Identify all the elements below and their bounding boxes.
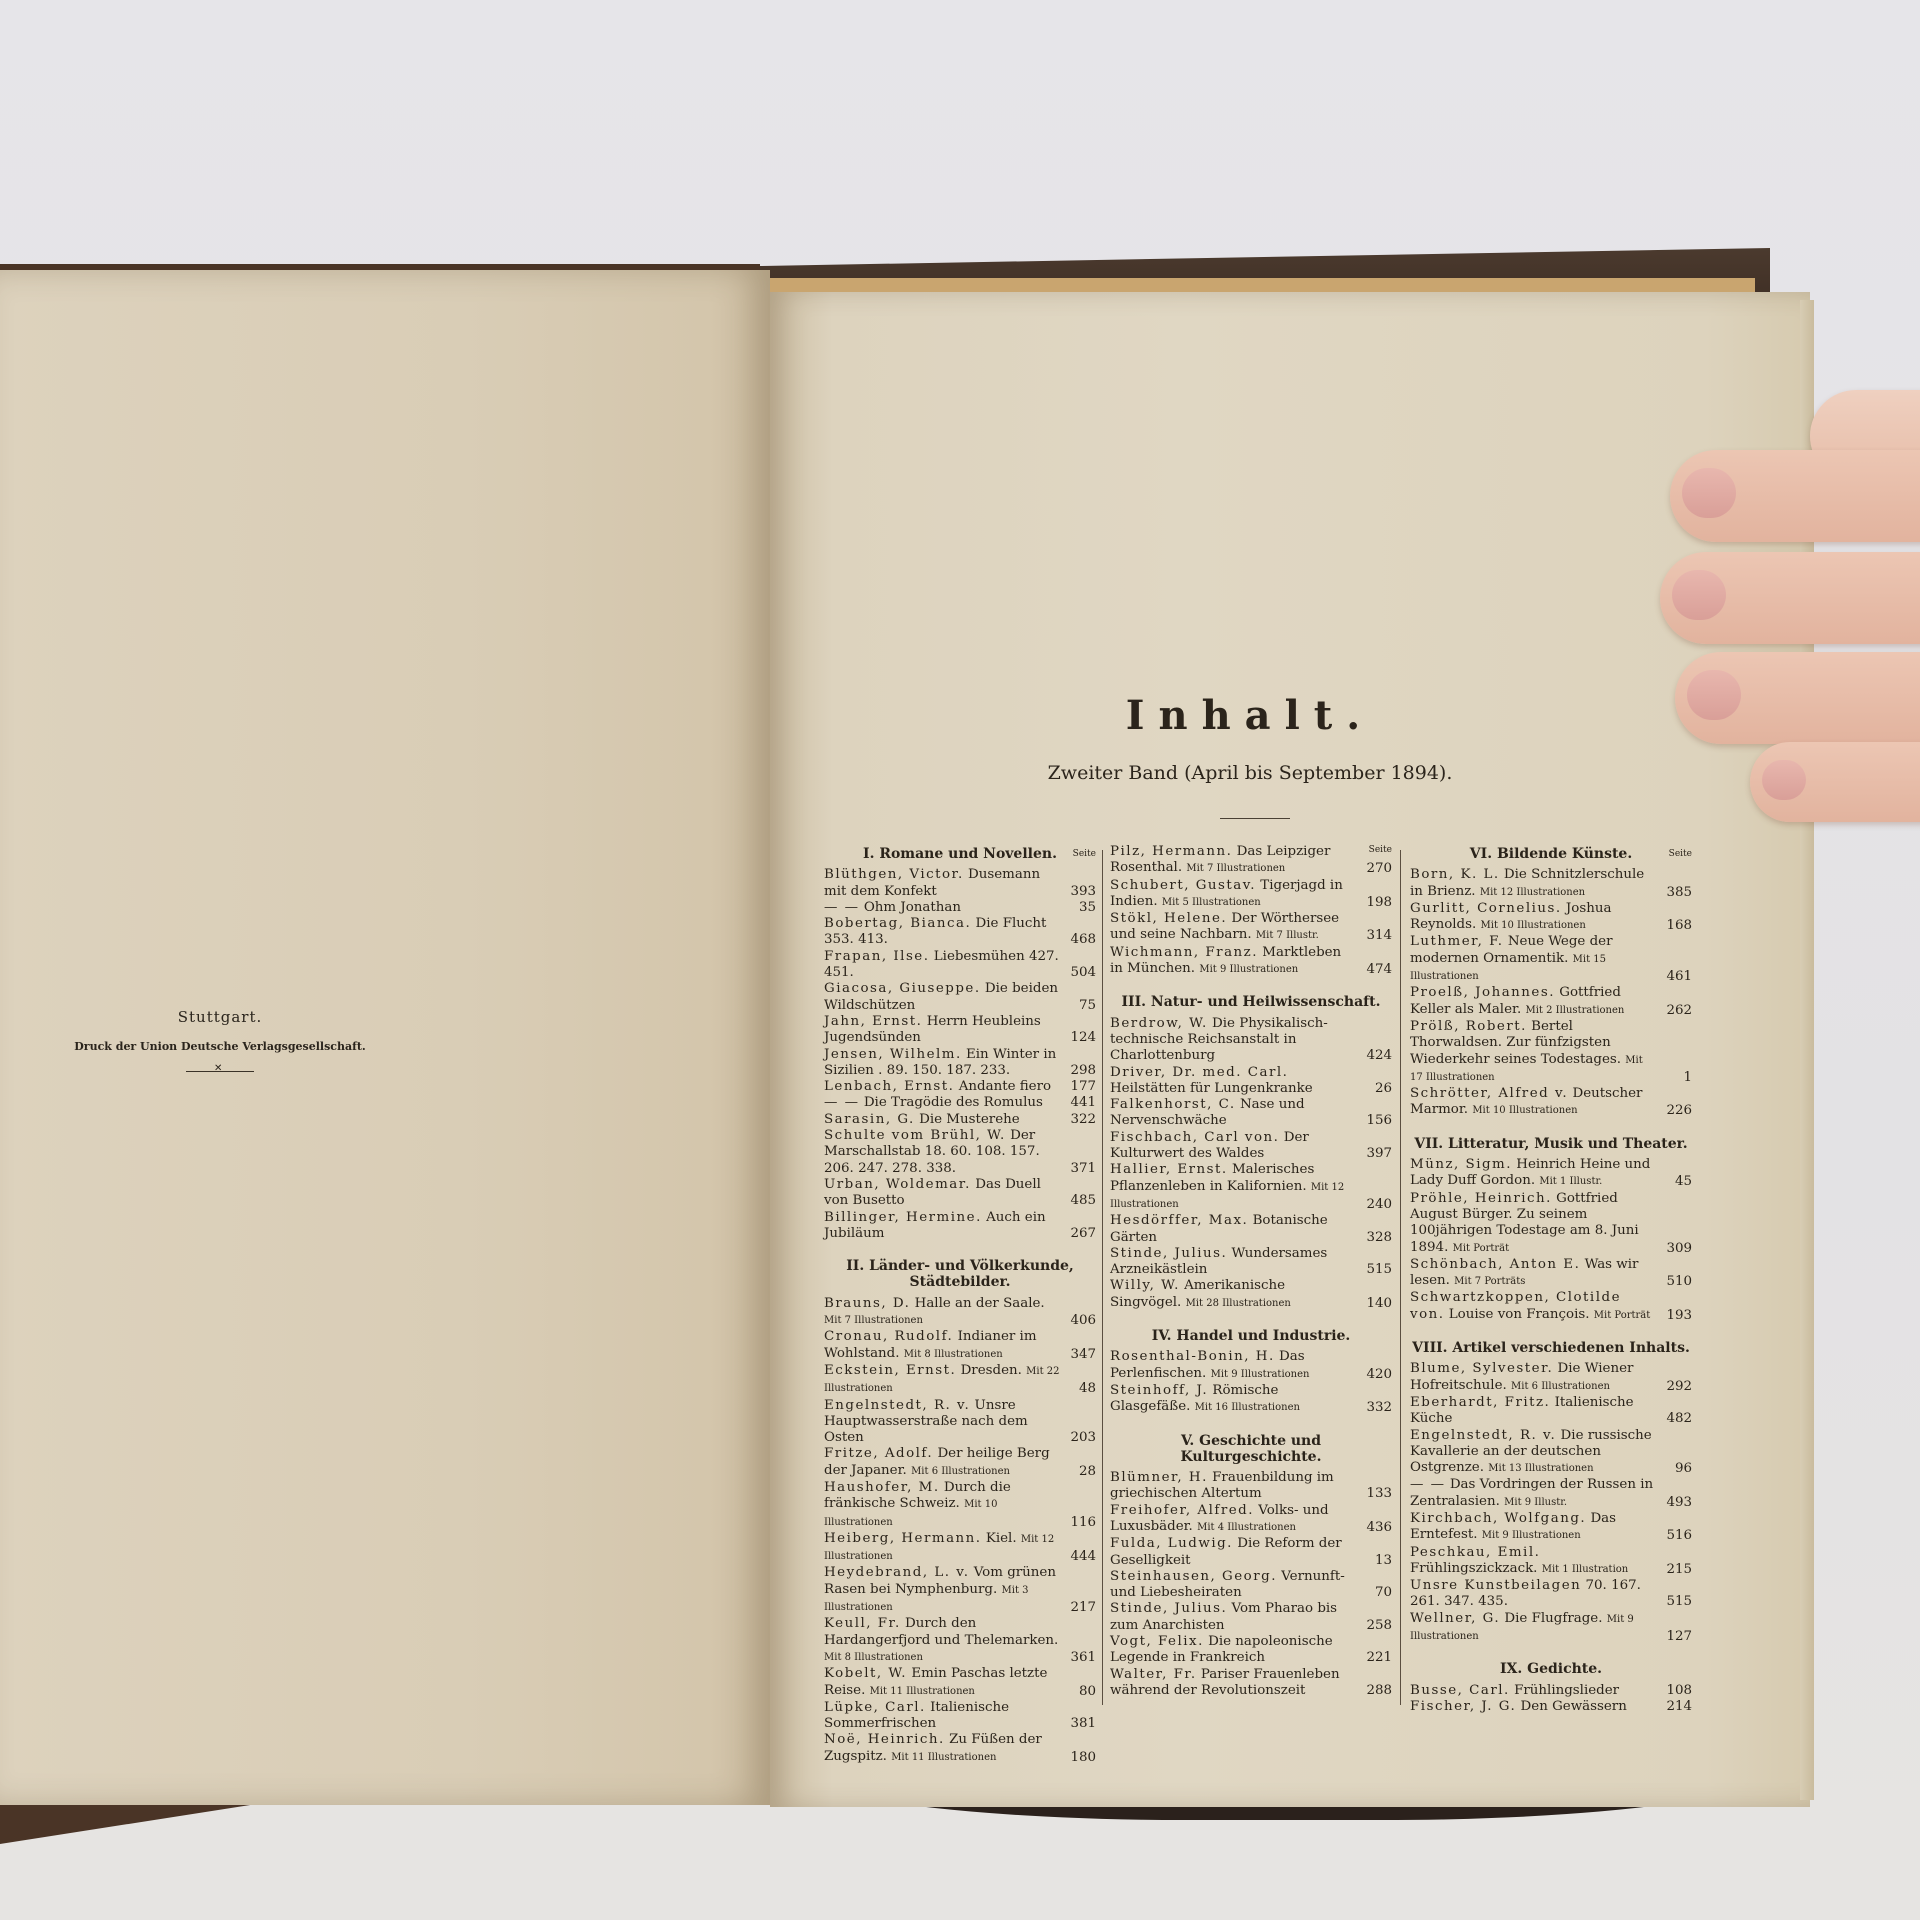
- section-heading: IX. Gedichte.: [1410, 1661, 1692, 1677]
- toc-entry: Stinde, Julius. Vom Pharao bis zum Anarc…: [1110, 1601, 1392, 1634]
- section-heading: VI. Bildende Künste.Seite: [1410, 846, 1692, 862]
- toc-entry: Urban, Woldemar. Das Duell von Busetto48…: [824, 1177, 1096, 1210]
- entry-illustrations: Mit 1 Illustr.: [1539, 1176, 1602, 1187]
- toc-entry: Engelnstedt, R. v. Die russische Kavalle…: [1410, 1428, 1692, 1478]
- entry-page-number: 482: [1666, 1411, 1692, 1427]
- entry-author: Prölß, Robert.: [1410, 1019, 1527, 1034]
- entry-page-number: 504: [1070, 965, 1096, 981]
- toc-entry: Schwartzkoppen, Clotilde von. Louise von…: [1410, 1290, 1692, 1324]
- toc-entry: Fischbach, Carl von. Der Kulturwert des …: [1110, 1130, 1392, 1163]
- entry-page-number: 322: [1070, 1112, 1096, 1128]
- entry-page-number: 298: [1070, 1063, 1096, 1079]
- toc-entry: Hesdörffer, Max. Botanische Gärten328: [1110, 1213, 1392, 1246]
- entry-page-number: 332: [1366, 1400, 1392, 1416]
- toc-entry: Jensen, Wilhelm. Ein Winter in Sizilien …: [824, 1047, 1096, 1080]
- toc-entry: Fulda, Ludwig. Die Reform der Geselligke…: [1110, 1536, 1392, 1569]
- entry-page-number: 35: [1079, 900, 1096, 916]
- entry-author: Jahn, Ernst.: [824, 1014, 922, 1029]
- entry-page-number: 215: [1666, 1562, 1692, 1578]
- entry-author: Steinhoff, J.: [1110, 1383, 1208, 1398]
- entry-page-number: 180: [1070, 1750, 1096, 1766]
- entry-author: Stinde, Julius.: [1110, 1601, 1227, 1616]
- entry-author: Urban, Woldemar.: [824, 1177, 971, 1192]
- section-gap: [1410, 1324, 1692, 1338]
- entry-illustrations: Mit Porträt: [1453, 1243, 1510, 1254]
- toc-entry: Falkenhorst, C. Nase und Nervenschwäche1…: [1110, 1097, 1392, 1130]
- entry-page-number: 214: [1666, 1699, 1692, 1715]
- entry-page-number: 45: [1675, 1174, 1692, 1190]
- entry-author: Schulte vom Brühl, W.: [824, 1128, 1006, 1143]
- entry-author: Fischer, J. G.: [1410, 1699, 1516, 1714]
- section-heading: VII. Litteratur, Musik und Theater.: [1410, 1136, 1692, 1152]
- entry-author: Stinde, Julius.: [1110, 1246, 1227, 1261]
- entry-page-number: 133: [1366, 1486, 1392, 1502]
- entry-author: Sarasin, G.: [824, 1112, 915, 1127]
- entry-title: Frühlingslieder: [1514, 1683, 1619, 1698]
- title-rule: [1220, 818, 1290, 819]
- column-divider: [1102, 850, 1103, 1705]
- toc-entry: Schubert, Gustav. Tigerjagd in Indien. M…: [1110, 878, 1392, 912]
- entry-page-number: 70: [1375, 1585, 1392, 1601]
- finger: [1675, 652, 1920, 744]
- entry-title: Dresden.: [961, 1363, 1022, 1378]
- entry-author: Eberhardt, Fritz.: [1410, 1395, 1550, 1410]
- toc-entry: Keull, Fr. Durch den Hardangerfjord und …: [824, 1616, 1096, 1666]
- entry-author: Blüthgen, Victor.: [824, 867, 964, 882]
- toc-entry: Haushofer, M. Durch die fränkische Schwe…: [824, 1480, 1096, 1531]
- toc-entry: Noë, Heinrich. Zu Füßen der Zugspitz. Mi…: [824, 1732, 1096, 1766]
- toc-entry: Billinger, Hermine. Auch ein Jubiläum267: [824, 1210, 1096, 1243]
- toc-entry: — — Ohm Jonathan35: [824, 900, 1096, 916]
- section-gap: [1410, 1645, 1692, 1659]
- entry-page-number: 441: [1070, 1095, 1096, 1111]
- entry-author: Frapan, Ilse.: [824, 949, 930, 964]
- toc-entry: Sarasin, G. Die Musterehe322: [824, 1112, 1096, 1128]
- entry-page-number: 270: [1366, 861, 1392, 877]
- entry-page-number: 226: [1666, 1103, 1692, 1119]
- entry-page-number: 127: [1666, 1629, 1692, 1645]
- entry-title: Louise von François.: [1449, 1307, 1590, 1322]
- toc-entry: Driver, Dr. med. Carl. Heilstätten für L…: [1110, 1065, 1392, 1098]
- section-gap: [1110, 978, 1392, 992]
- entry-author: Walter, Fr.: [1110, 1667, 1197, 1682]
- imprint-city: Stuttgart.: [70, 1008, 370, 1026]
- entry-author: Stökl, Helene.: [1110, 911, 1227, 926]
- entry-author: Peschkau, Emil.: [1410, 1545, 1540, 1560]
- entry-page-number: 510: [1666, 1274, 1692, 1290]
- entry-page-number: 1: [1683, 1070, 1692, 1086]
- entry-author: Fritze, Adolf.: [824, 1446, 933, 1461]
- entry-author: Busse, Carl.: [1410, 1683, 1510, 1698]
- entry-page-number: 424: [1366, 1048, 1392, 1064]
- entry-illustrations: Mit 11 Illustrationen: [891, 1752, 996, 1763]
- entry-author: Willy, W.: [1110, 1278, 1180, 1293]
- entry-author: Heiberg, Hermann.: [824, 1531, 982, 1546]
- toc-entry: Wellner, G. Die Flugfrage. Mit 9 Illustr…: [1410, 1611, 1692, 1646]
- toc-entry: Frapan, Ilse. Liebesmühen 427. 451.504: [824, 949, 1096, 982]
- toc-entry: Heiberg, Hermann. Kiel. Mit 12 Illustrat…: [824, 1531, 1096, 1566]
- toc-entry: Born, K. L. Die Schnitzlerschule in Brie…: [1410, 867, 1692, 901]
- toc-entry: — — Die Tragödie des Romulus441: [824, 1095, 1096, 1111]
- fingernail: [1672, 570, 1726, 620]
- entry-author: Kobelt, W.: [824, 1666, 907, 1681]
- section-heading: III. Natur- und Heilwissenschaft.: [1110, 994, 1392, 1010]
- entry-page-number: 420: [1366, 1367, 1392, 1383]
- entry-author: Bobertag, Bianca.: [824, 916, 971, 931]
- entry-title: Die Flugfrage.: [1504, 1611, 1602, 1626]
- toc-entry: Blume, Sylvester. Die Wiener Hofreitschu…: [1410, 1361, 1692, 1395]
- entry-page-number: 124: [1070, 1030, 1096, 1046]
- entry-author: Pilz, Hermann.: [1110, 844, 1232, 859]
- entry-page-number: 371: [1070, 1161, 1096, 1177]
- page-title: Inhalt.: [1000, 692, 1500, 739]
- entry-author: Heydebrand, L. v.: [824, 1565, 969, 1580]
- entry-page-number: 292: [1666, 1379, 1692, 1395]
- entry-page-number: 26: [1375, 1081, 1392, 1097]
- entry-page-number: 177: [1070, 1079, 1096, 1095]
- photo-scene: Stuttgart. Druck der Union Deutsche Verl…: [0, 0, 1920, 1920]
- toc-entry: Engelnstedt, R. v. Unsre Hauptwasserstra…: [824, 1398, 1096, 1447]
- entry-author: Fulda, Ludwig.: [1110, 1536, 1233, 1551]
- entry-illustrations: Mit 9 Illustrationen: [1199, 964, 1298, 975]
- entry-author: Pröhle, Heinrich.: [1410, 1191, 1552, 1206]
- toc-entry: Busse, Carl. Frühlingslieder108: [1410, 1683, 1692, 1699]
- entry-author: Wellner, G.: [1410, 1611, 1500, 1626]
- finger: [1660, 552, 1920, 644]
- entry-illustrations: Mit 9 Illustrationen: [1482, 1530, 1581, 1541]
- toc-entry: Blümner, H. Frauenbildung im griechische…: [1110, 1470, 1392, 1503]
- entry-illustrations: Mit 6 Illustrationen: [911, 1466, 1010, 1477]
- finger: [1670, 450, 1920, 542]
- entry-author: Jensen, Wilhelm.: [824, 1047, 962, 1062]
- toc-entry: Münz, Sigm. Heinrich Heine und Lady Duff…: [1410, 1157, 1692, 1191]
- toc-entry: Freihofer, Alfred. Volks- und Luxusbäder…: [1110, 1503, 1392, 1537]
- toc-entry: Rosenthal-Bonin, H. Das Perlenfischen. M…: [1110, 1349, 1392, 1383]
- entry-author: Brauns, D.: [824, 1296, 910, 1311]
- entry-illustrations: Mit 5 Illustrationen: [1162, 897, 1261, 908]
- entry-author: Keull, Fr.: [824, 1616, 901, 1631]
- entry-author: Schönbach, Anton E.: [1410, 1257, 1580, 1272]
- entry-title: Die Musterehe: [919, 1112, 1020, 1127]
- section-heading: VIII. Artikel verschiedenen Inhalts.: [1410, 1340, 1692, 1356]
- toc-entry: Giacosa, Giuseppe. Die beiden Wildschütz…: [824, 981, 1096, 1014]
- entry-page-number: 444: [1070, 1549, 1096, 1565]
- toc-entry: Kobelt, W. Emin Paschas letzte Reise. Mi…: [824, 1666, 1096, 1700]
- entry-author: Luthmer, F.: [1410, 934, 1504, 949]
- entry-illustrations: Mit 13 Illustrationen: [1488, 1463, 1593, 1474]
- toc-entry: Steinhausen, Georg. Vernunft- und Liebes…: [1110, 1569, 1392, 1602]
- entry-author: Born, K. L.: [1410, 867, 1500, 882]
- entry-page-number: 96: [1675, 1461, 1692, 1477]
- entry-page-number: 493: [1666, 1495, 1692, 1511]
- section-gap: [1110, 1417, 1392, 1431]
- entry-author: Vogt, Felix.: [1110, 1634, 1204, 1649]
- entry-page-number: 436: [1366, 1520, 1392, 1536]
- toc-entry: Lüpke, Carl. Italienische Sommerfrischen…: [824, 1700, 1096, 1733]
- entry-illustrations: Mit 10 Illustrationen: [1472, 1105, 1577, 1116]
- section-gap: [824, 1242, 1096, 1256]
- entry-page-number: 193: [1666, 1308, 1692, 1324]
- section-heading: IV. Handel und Industrie.: [1110, 1328, 1392, 1344]
- section-heading: I. Romane und Novellen.Seite: [824, 846, 1096, 862]
- toc-entry: Peschkau, Emil. Frühlingszickzack. Mit 1…: [1410, 1545, 1692, 1579]
- entry-page-number: 516: [1666, 1528, 1692, 1544]
- entry-author: Steinhausen, Georg.: [1110, 1569, 1277, 1584]
- toc-entry: Kirchbach, Wolfgang. Das Erntefest. Mit …: [1410, 1511, 1692, 1545]
- entry-page-number: 461: [1666, 969, 1692, 985]
- entry-page-number: 468: [1070, 932, 1096, 948]
- entry-page-number: 156: [1366, 1113, 1392, 1129]
- toc-entry: Willy, W. Amerikanische Singvögel. Mit 2…: [1110, 1278, 1392, 1312]
- toc-entry: Lenbach, Ernst. Andante fiero177: [824, 1079, 1096, 1095]
- entry-author: Münz, Sigm.: [1410, 1157, 1512, 1172]
- entry-illustrations: Mit 7 Illustrationen: [1186, 863, 1285, 874]
- fingernail: [1687, 670, 1741, 720]
- entry-page-number: 198: [1366, 895, 1392, 911]
- entry-title: Die Tragödie des Romulus: [864, 1095, 1043, 1110]
- toc-entry: Pilz, Hermann. Das Leipziger Rosenthal. …: [1110, 844, 1392, 878]
- entry-illustrations: Mit 11 Illustrationen: [870, 1686, 975, 1697]
- entry-author: Haushofer, M.: [824, 1480, 940, 1495]
- entry-page-number: 485: [1070, 1193, 1096, 1209]
- toc-entry: Hallier, Ernst. Malerisches Pflanzenlebe…: [1110, 1162, 1392, 1213]
- toc-entry: Prölß, Robert. Bertel Thorwaldsen. Zur f…: [1410, 1019, 1692, 1086]
- entry-page-number: 140: [1366, 1296, 1392, 1312]
- entry-author: Driver, Dr. med. Carl.: [1110, 1065, 1288, 1080]
- entry-author: Blume, Sylvester.: [1410, 1361, 1553, 1376]
- entry-page-number: 80: [1079, 1684, 1096, 1700]
- entry-illustrations: Mit 7 Porträts: [1454, 1276, 1525, 1287]
- hand-holding-page: [1660, 390, 1920, 860]
- entry-author: Gurlitt, Cornelius.: [1410, 901, 1562, 916]
- toc-entry: Schönbach, Anton E. Was wir lesen. Mit 7…: [1410, 1257, 1692, 1291]
- entry-author: Blümner, H.: [1110, 1470, 1208, 1485]
- entry-title: Andante fiero: [959, 1079, 1051, 1094]
- entry-author: Freihofer, Alfred.: [1110, 1503, 1254, 1518]
- entry-page-number: 258: [1366, 1618, 1392, 1634]
- entry-page-number: 262: [1666, 1003, 1692, 1019]
- entry-title: Halle an der Saale.: [915, 1296, 1045, 1311]
- toc-entry: Vogt, Felix. Die napoleonische Legende i…: [1110, 1634, 1392, 1667]
- toc-entry: Fritze, Adolf. Der heilige Berg der Japa…: [824, 1446, 1096, 1480]
- toc-entry: Luthmer, F. Neue Wege der modernen Ornam…: [1410, 934, 1692, 985]
- ornament-divider-icon: [186, 1071, 254, 1072]
- entry-author: Lüpke, Carl.: [824, 1700, 926, 1715]
- entry-page-number: 267: [1070, 1226, 1096, 1242]
- entry-author: — —: [824, 900, 860, 915]
- entry-illustrations: Mit 2 Illustrationen: [1525, 1005, 1624, 1016]
- toc-entry: Berdrow, W. Die Physikalisch-technische …: [1110, 1016, 1392, 1065]
- entry-author: Hesdörffer, Max.: [1110, 1213, 1248, 1228]
- toc-entry: Heydebrand, L. v. Vom grünen Rasen bei N…: [824, 1565, 1096, 1616]
- entry-page-number: 361: [1070, 1650, 1096, 1666]
- entry-page-number: 474: [1366, 962, 1392, 978]
- entry-author: Rosenthal-Bonin, H.: [1110, 1349, 1275, 1364]
- toc-column-1: I. Romane und Novellen.SeiteBlüthgen, Vi…: [824, 844, 1096, 1766]
- entry-author: Noë, Heinrich.: [824, 1732, 945, 1747]
- entry-page-number: 393: [1070, 884, 1096, 900]
- toc-entry: Blüthgen, Victor. Dusemann mit dem Konfe…: [824, 867, 1096, 900]
- entry-illustrations: Mit 10 Illustrationen: [1481, 920, 1586, 931]
- toc-entry: Unsre Kunstbeilagen 70. 167. 261. 347. 4…: [1410, 1578, 1692, 1611]
- entry-page-number: 217: [1070, 1600, 1096, 1616]
- toc-entry: Stökl, Helene. Der Wörthersee und seine …: [1110, 911, 1392, 945]
- entry-author: — —: [1410, 1477, 1446, 1492]
- section-gap: [1410, 1120, 1692, 1134]
- entry-illustrations: Mit 7 Illustr.: [1256, 930, 1319, 941]
- entry-author: Berdrow, W.: [1110, 1016, 1208, 1031]
- entry-page-number: 28: [1079, 1464, 1096, 1480]
- toc-entry: Brauns, D. Halle an der Saale. Mit 7 Ill…: [824, 1296, 1096, 1330]
- entry-author: Engelnstedt, R. v.: [1410, 1428, 1556, 1443]
- toc-entry: Schulte vom Brühl, W. Der Marschallstab …: [824, 1128, 1096, 1177]
- entry-page-number: 328: [1366, 1230, 1392, 1246]
- entry-page-number: 381: [1070, 1716, 1096, 1732]
- entry-page-number: 221: [1366, 1650, 1392, 1666]
- entry-author: Giacosa, Giuseppe.: [824, 981, 981, 996]
- entry-title: Kiel.: [986, 1531, 1017, 1546]
- entry-author: Unsre Kunstbeilagen: [1410, 1578, 1581, 1593]
- entry-page-number: 168: [1666, 918, 1692, 934]
- toc-entry: Wichmann, Franz. Marktleben in München. …: [1110, 945, 1392, 979]
- entry-title: Den Gewässern: [1521, 1699, 1627, 1714]
- entry-illustrations: Mit 9 Illustr.: [1504, 1497, 1567, 1508]
- entry-page-number: 108: [1666, 1683, 1692, 1699]
- toc-entry: Pröhle, Heinrich. Gottfried August Bürge…: [1410, 1191, 1692, 1257]
- toc-entry: Steinhoff, J. Römische Glasgefäße. Mit 1…: [1110, 1383, 1392, 1417]
- toc-column-2: SeitePilz, Hermann. Das Leipziger Rosent…: [1110, 844, 1392, 1699]
- entry-illustrations: Mit 12 Illustrationen: [1480, 887, 1585, 898]
- section-heading: II. Länder- und Völkerkunde, Städtebilde…: [824, 1258, 1096, 1291]
- entry-author: Schubert, Gustav.: [1110, 878, 1256, 893]
- entry-author: Billinger, Hermine.: [824, 1210, 982, 1225]
- entry-author: Falkenhorst, C.: [1110, 1097, 1236, 1112]
- entry-page-number: 240: [1366, 1197, 1392, 1213]
- toc-entry: Eberhardt, Fritz. Italienische Küche482: [1410, 1395, 1692, 1428]
- entry-author: Fischbach, Carl von.: [1110, 1130, 1279, 1145]
- entry-illustrations: Mit 16 Illustrationen: [1195, 1402, 1300, 1413]
- entry-page-number: 13: [1375, 1553, 1392, 1569]
- fingernail: [1682, 468, 1736, 518]
- entry-author: Proelß, Johannes.: [1410, 985, 1555, 1000]
- toc-entry: Walter, Fr. Pariser Frauenleben während …: [1110, 1667, 1392, 1700]
- entry-author: Lenbach, Ernst.: [824, 1079, 954, 1094]
- toc-entry: Stinde, Julius. Wundersames Arzneikästle…: [1110, 1246, 1392, 1279]
- toc-entry: Proelß, Johannes. Gottfried Keller als M…: [1410, 985, 1692, 1019]
- toc-column-3: VI. Bildende Künste.SeiteBorn, K. L. Die…: [1410, 844, 1692, 1715]
- entry-illustrations: Mit 1 Illustration: [1542, 1564, 1629, 1575]
- entry-author: Schrötter, Alfred v.: [1410, 1086, 1568, 1101]
- entry-page-number: 347: [1070, 1347, 1096, 1363]
- entry-page-number: 314: [1366, 928, 1392, 944]
- entry-page-number: 288: [1366, 1683, 1392, 1699]
- toc-entry: Schrötter, Alfred v. Deutscher Marmor. M…: [1410, 1086, 1692, 1120]
- toc-entry: Bobertag, Bianca. Die Flucht 353. 413.46…: [824, 916, 1096, 949]
- toc-entry: Cronau, Rudolf. Indianer im Wohlstand. M…: [824, 1329, 1096, 1363]
- imprint-printer: Druck der Union Deutsche Verlagsgesellsc…: [70, 1040, 370, 1053]
- imprint: Stuttgart. Druck der Union Deutsche Verl…: [70, 1008, 370, 1072]
- entry-page-number: 397: [1366, 1146, 1392, 1162]
- entry-author: Kirchbach, Wolfgang.: [1410, 1511, 1586, 1526]
- entry-page-number: 203: [1070, 1430, 1096, 1446]
- entry-illustrations: Mit 7 Illustrationen: [824, 1315, 923, 1326]
- entry-page-number: 515: [1366, 1262, 1392, 1278]
- entry-page-number: 406: [1070, 1313, 1096, 1329]
- toc-entry: Fischer, J. G. Den Gewässern214: [1410, 1699, 1692, 1715]
- entry-illustrations: Mit 28 Illustrationen: [1186, 1298, 1291, 1309]
- toc-entry: Jahn, Ernst. Herrn Heubleins Jugendsünde…: [824, 1014, 1096, 1047]
- entry-page-number: 48: [1079, 1381, 1096, 1397]
- entry-page-number: 515: [1666, 1594, 1692, 1610]
- entry-illustrations: Mit 9 Illustrationen: [1211, 1369, 1310, 1380]
- fingernail: [1762, 760, 1806, 800]
- entry-title: Heilstätten für Lungenkranke: [1110, 1081, 1313, 1096]
- entry-author: Cronau, Rudolf.: [824, 1329, 953, 1344]
- entry-illustrations: Mit 4 Illustrationen: [1197, 1522, 1296, 1533]
- entry-author: Engelnstedt, R. v.: [824, 1398, 970, 1413]
- toc-entry: — — Das Vordringen der Russen in Zentral…: [1410, 1477, 1692, 1511]
- entry-author: — —: [824, 1095, 860, 1110]
- column-divider: [1400, 850, 1401, 1705]
- entry-title: Frühlingszickzack.: [1410, 1561, 1537, 1576]
- section-gap: [1110, 1312, 1392, 1326]
- entry-title: Ohm Jonathan: [864, 900, 961, 915]
- page-column-label: Seite: [1073, 846, 1096, 862]
- toc-entry: Gurlitt, Cornelius. Joshua Reynolds. Mit…: [1410, 901, 1692, 935]
- entry-author: Hallier, Ernst.: [1110, 1162, 1228, 1177]
- entry-illustrations: Mit 8 Illustrationen: [904, 1349, 1003, 1360]
- entry-page-number: 75: [1079, 998, 1096, 1014]
- entry-page-number: 116: [1070, 1515, 1096, 1531]
- entry-author: Wichmann, Franz.: [1110, 945, 1258, 960]
- toc-entry: Eckstein, Ernst. Dresden. Mit 22 Illustr…: [824, 1363, 1096, 1398]
- entry-page-number: 309: [1666, 1241, 1692, 1257]
- finger: [1750, 742, 1920, 822]
- page-subtitle: Zweiter Band (April bis September 1894).: [1000, 762, 1500, 784]
- entry-author: Eckstein, Ernst.: [824, 1363, 956, 1378]
- entry-illustrations: Mit 8 Illustrationen: [824, 1652, 923, 1663]
- entry-page-number: 385: [1666, 885, 1692, 901]
- entry-illustrations: Mit 6 Illustrationen: [1511, 1381, 1610, 1392]
- entry-illustrations: Mit Porträt: [1594, 1310, 1651, 1321]
- section-heading: V. Geschichte und Kulturgeschichte.: [1110, 1433, 1392, 1466]
